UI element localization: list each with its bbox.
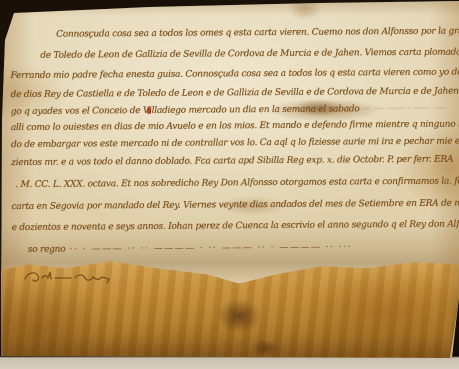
faded-text-segment: — ·— —— · —— ·— xyxy=(359,104,444,115)
manuscript-text-block: Connosçuda cosa sea a todos los omes q e… xyxy=(10,23,454,259)
text-line-segment: so regno xyxy=(28,245,66,255)
red-ink-spot xyxy=(147,107,151,114)
parchment-charter-photo: Connosçuda cosa sea a todos los omes q e… xyxy=(0,0,459,369)
text-line: zientos mr. e a vos todo el danno doblad… xyxy=(11,151,453,172)
text-line: carta en Segovia por mandado del Rey. Vi… xyxy=(11,195,453,216)
text-line: Ferrando mio padre fecha enesta guisa. C… xyxy=(10,64,452,85)
text-line: e dozientos e noventa e seys annos. Ioha… xyxy=(12,216,454,237)
text-line-segment: go q ayades vos el Conceio de Villadiego… xyxy=(11,104,360,117)
scribal-signature-mark xyxy=(22,268,114,288)
text-line: de Toledo de Leon de Gallizia de Sevilla… xyxy=(10,44,452,65)
text-line: so regno ·· · ——— ·· ·· ———— · ·· ——— ··… xyxy=(12,238,454,259)
closing-flourish: ·· · ——— ·· ·· ———— · ·· ——— ·· · ———— ·… xyxy=(65,242,352,254)
text-line: . M. CC. L. XXX. octava. Et nos sobredic… xyxy=(11,173,453,194)
text-line: Connosçuda cosa sea a todos los omes q e… xyxy=(10,23,452,44)
